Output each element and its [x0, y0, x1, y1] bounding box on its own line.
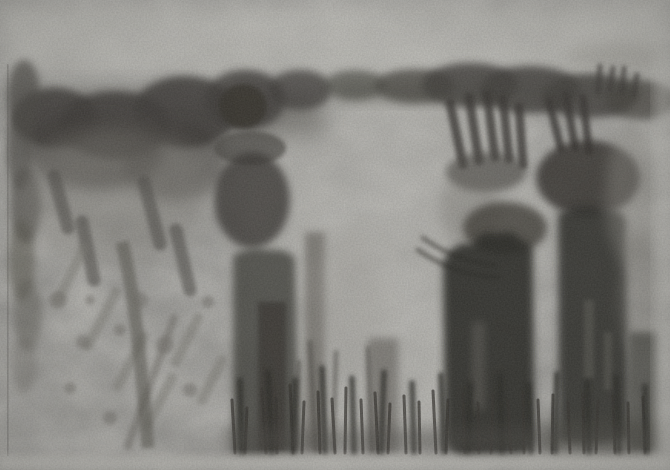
vignette — [0, 0, 670, 470]
artwork-print — [0, 0, 670, 470]
artwork-canvas — [0, 0, 670, 470]
grain-overlay — [0, 0, 670, 470]
